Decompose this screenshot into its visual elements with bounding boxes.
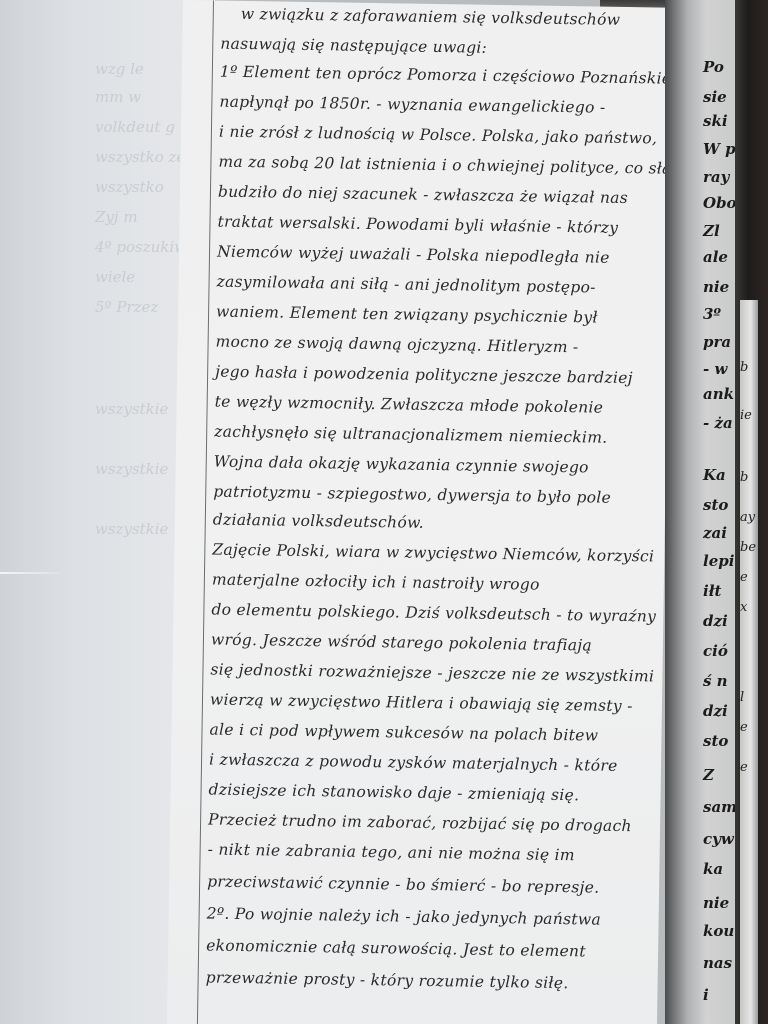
text-line: Przecież trudno im zaborać, rozbijać się… [208,810,632,835]
text-line: jego hasła i powodzenia polityczne jeszc… [215,363,633,388]
text-line: te węzły wzmocniły. Zwłaszcza młode poko… [215,393,604,417]
fragment: sie [703,88,727,106]
text-line: Wojna dała okazję wykazania czynnie swoj… [214,453,589,477]
text-line: traktat wersalski. Powodami byli właśnie… [217,213,618,237]
fragment: cyw [703,830,734,848]
underlying-sheet-edge: b ie b ay be e x l e e [740,300,758,1024]
paper-crease [0,572,60,574]
text-line: nasuwają się następujące uwagi: [220,35,487,57]
fragment: x [740,600,747,615]
adjacent-page-strip: Po sie ski W p ray Obo Zl ale nie 3º pra… [665,0,740,1024]
manuscript-page: w związku z zaforawaniem się volksdeutsc… [167,0,673,1024]
text-line: budziło do niej szacunek - zwłaszcza że … [218,183,628,207]
text-line: wierzą w zwycięstwo Hitlera i obawiają s… [210,691,633,716]
fragment: Z [703,766,714,784]
fragment: - ża [703,414,733,432]
text-line: przeważnie prosty - który rozumie tylko … [206,968,569,992]
fragment: ka [703,860,723,878]
text-line: ale i ci pod wpływem sukcesów na polach … [209,721,598,745]
fragment: ció [703,642,728,660]
text-line: patriotyzmu - szpiegostwo, dywersja to b… [213,483,611,507]
text-line: zasymilowała ani siłą - ani jednolitym p… [216,273,595,297]
text-line: 2º. Po wojnie należy ich - jako jedynych… [207,904,602,928]
fragment: e [740,570,748,585]
text-line: w związku z zaforawaniem się volksdeutsc… [241,5,621,29]
fragment: Po [703,58,724,76]
text-line: działania volksdeutschów. [213,511,424,532]
fragment: dzi [703,702,728,720]
text-line: i zwłaszcza z powodu zysków materjalnych… [209,751,618,775]
fragment: sto [703,496,728,514]
text-line: napłynął po 1850r. - wyznania ewangelick… [219,93,605,117]
text-line: i nie zrósł z ludnością w Polsce. Polska… [219,123,658,148]
fragment: Ka [703,466,726,484]
fragment: i [703,986,709,1004]
fragment: W p [703,140,736,158]
fragment: ank [703,385,734,403]
fragment: e [740,760,748,775]
text-line: wróg. Jeszcze wśród starego pokolenia tr… [211,631,592,655]
fragment: nas [703,954,732,972]
fragment: Obo [703,194,737,212]
text-line: materjalne ozłociły ich i nastroiły wrog… [212,571,540,594]
fragment: iłt [703,582,721,600]
text-line: ma za sobą 20 lat istnienia i o chwiejne… [218,153,671,178]
fragment: b [740,470,748,485]
fragment: b [740,360,748,375]
fragment: dzi [703,612,728,630]
text-line: ekonomicznie całą surowością. Jest to el… [206,936,586,960]
fragment: 3º [703,305,721,323]
fragment: zai [703,524,727,542]
text-line: Zajęcie Polski, wiara w zwycięstwo Niemc… [212,541,654,566]
fragment: nie [703,894,729,912]
text-line: - nikt nie zabrania tego, ani nie można … [208,840,575,864]
margin-line [197,0,214,1024]
fragment: Zl [703,222,720,240]
fragment: pra [703,333,731,351]
text-line: mocno ze swoją dawną ojczyzną. Hitleryzm… [215,333,578,357]
text-line: Niemców wyżej uważali - Polska niepodleg… [217,243,610,267]
fragment: be [740,540,756,555]
fragment: sto [703,732,728,750]
text-line: przeciwstawić czynnie - bo śmierć - bo r… [207,872,600,896]
fragment: ray [703,168,729,186]
fragment: lepi [703,552,734,570]
text-line: 1º Element ten oprócz Pomorza i częściow… [220,63,692,88]
fragment: ś n [703,672,728,690]
fragment: kou [703,922,734,940]
text-line: zachłysnęło się ultranacjonalizmem niemi… [214,423,608,447]
fragment: l [740,690,744,705]
text-line: dzisiejsze ich stanowisko daje - zmienia… [208,781,579,805]
fragment: ale [703,248,728,266]
fragment: ay [740,510,755,525]
text-line: do elementu polskiego. Dziś volksdeutsch… [211,601,656,626]
text-line: waniem. Element ten związany psychicznie… [216,303,598,327]
fragment: ski [703,112,728,130]
fragment: e [740,720,748,735]
fragment: ie [740,408,752,423]
fragment: - w [703,360,727,378]
text-line: się jednostki rozważniejsze - jeszcze ni… [210,661,654,686]
fragment: nie [703,278,729,296]
